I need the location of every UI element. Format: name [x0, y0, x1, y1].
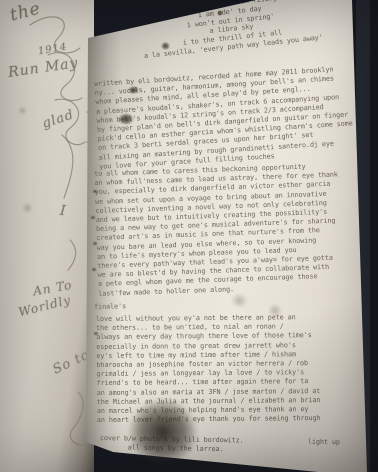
- pencil-word: 1914: [37, 42, 68, 58]
- pencil-word: Worldly: [17, 293, 72, 320]
- pencil-word: the: [8, 0, 43, 25]
- typed-page: i seen an horizon rising i am ode' to da…: [86, 0, 378, 472]
- open-book-photo: the 1914 Run May glad I An To Worldly So…: [0, 0, 378, 472]
- pencil-word: So to: [51, 347, 93, 377]
- margin-speck: [91, 216, 95, 219]
- margin-speck: [93, 190, 97, 193]
- pencil-word: glad: [40, 107, 76, 131]
- pencil-word: Run May: [7, 55, 79, 81]
- left-page: the 1914 Run May glad I An To Worldly So…: [0, 0, 94, 472]
- pencil-word: I: [59, 203, 67, 220]
- page-shading: [86, 0, 378, 472]
- margin-speck: [94, 332, 98, 335]
- margin-speck: [93, 242, 97, 245]
- margin-speck: [92, 268, 96, 271]
